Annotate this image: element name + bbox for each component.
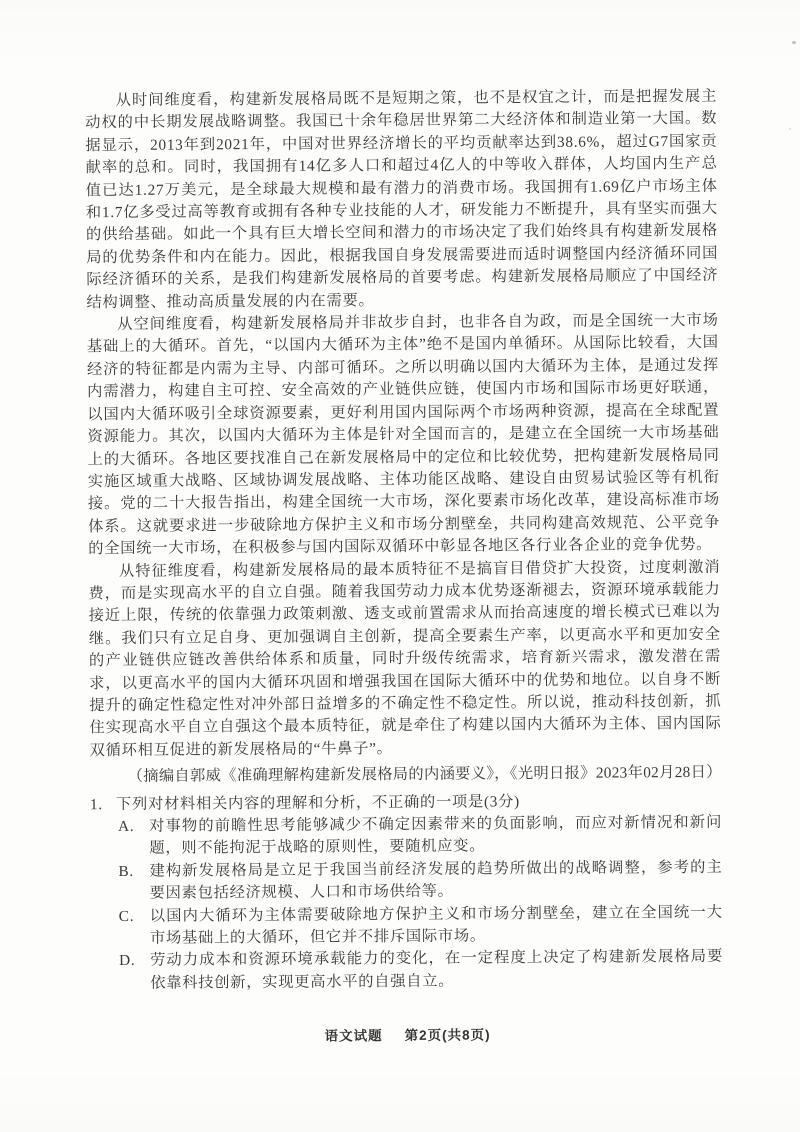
option-b: B. 建构新发展格局是立足于我国当前经济发展的趋势所做出的战略调整，参考的主要因… xyxy=(118,857,722,906)
option-d-text: 劳动力成本和资源环境承载能力的变化，在一定程度上决定了构建新发展格局要依靠科技创… xyxy=(150,946,723,995)
scanned-exam-page: 从时间维度看，构建新发展格局既不是短期之策，也不是权宜之计，而是把握发展主动权的… xyxy=(0,0,800,1132)
option-d-label: D. xyxy=(119,950,150,973)
option-b-text: 建构新发展格局是立足于我国当前经济发展的趋势所做出的战略调整，参考的主要因素包括… xyxy=(149,857,722,906)
reading-passage: 从时间维度看，构建新发展格局既不是短期之策，也不是权宜之计，而是把握发展主动权的… xyxy=(85,86,722,763)
option-c-label: C. xyxy=(119,905,150,928)
scan-speck xyxy=(789,128,791,130)
passage-paragraph-time-dimension: 从时间维度看，构建新发展格局既不是短期之策，也不是权宜之计，而是把握发展主动权的… xyxy=(85,86,719,314)
question-1: 1. 下列对材料相关内容的理解和分析，不正确的一项是(3分) A. 对事物的前瞻… xyxy=(90,789,723,995)
page-content: 从时间维度看，构建新发展格局既不是短期之策，也不是权宜之计，而是把握发展主动权的… xyxy=(85,86,724,1047)
option-c: C. 以国内大循环为主体需要破除地方保护主义和市场分割壁垒，建立在全国统一大市场… xyxy=(119,901,723,950)
passage-paragraph-feature-dimension: 从特征维度看，构建新发展格局的最本质特征不是搞盲目借贷扩大投资，过度刺激消费，而… xyxy=(88,556,721,762)
question-number: 1. xyxy=(90,794,116,817)
page-footer: 语文试题 第2页(共8页) xyxy=(92,1022,724,1046)
passage-paragraph-space-dimension: 从空间维度看，构建新发展格局并非故步自封，也非各自为政，而是全国统一大市场基础上… xyxy=(87,310,721,561)
option-d: D. 劳动力成本和资源环境承载能力的变化，在一定程度上决定了构建新发展格局要依靠… xyxy=(119,946,723,995)
option-a-label: A. xyxy=(118,816,149,839)
option-a: A. 对事物的前瞻性思考能够减少不确定因素带来的负面影响，而应对新情况和新问题，… xyxy=(118,812,722,861)
option-a-text: 对事物的前瞻性思考能够减少不确定因素带来的负面影响，而应对新情况和新问题，则不能… xyxy=(149,812,722,861)
footer-subject-label: 语文试题 xyxy=(325,1024,383,1044)
passage-attribution: （摘编自郭威《准确理解构建新发展格局的内涵要义》，《光明日报》2023年02月2… xyxy=(90,762,722,789)
scan-speck xyxy=(792,41,796,44)
option-b-label: B. xyxy=(118,861,149,884)
footer-page-number: 第2页(共8页) xyxy=(405,1024,491,1045)
option-c-text: 以国内大循环为主体需要破除地方保护主义和市场分割壁垒，建立在全国统一大市场基础上… xyxy=(150,901,723,950)
